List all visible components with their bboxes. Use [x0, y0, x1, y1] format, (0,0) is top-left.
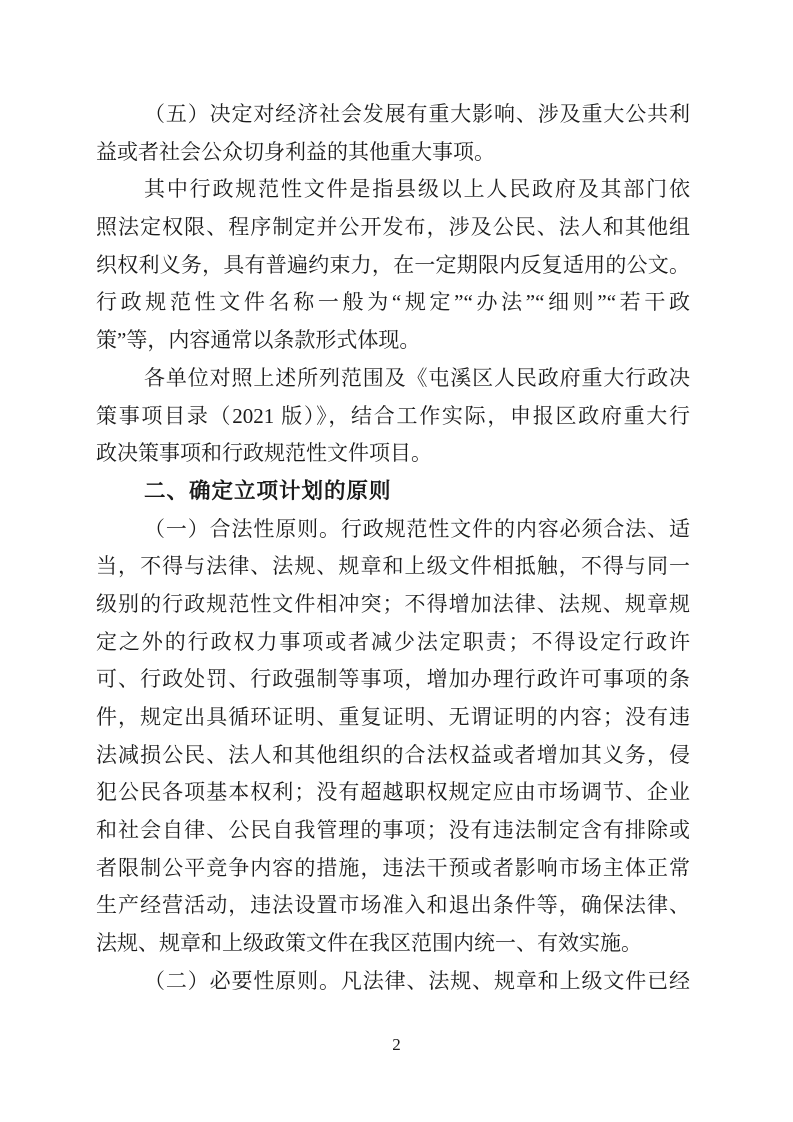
text-line: 法减损公民、法人和其他组织的合法权益或者增加其义务，侵 — [96, 737, 690, 775]
text-line: 其中行政规范性文件是指县级以上人民政府及其部门依 — [96, 171, 690, 209]
text-line: 织权利义务，具有普遍约束力，在一定期限内反复适用的公文。 — [96, 247, 690, 285]
text-line: （一）合法性原则。行政规范性文件的内容必须合法、适 — [96, 511, 690, 549]
page-number: 2 — [0, 1035, 793, 1055]
text-line: 生产经营活动，违法设置市场准入和退出条件等，确保法律、 — [96, 887, 690, 925]
text-line: 各单位对照上述所列范围及《屯溪区人民政府重大行政决 — [96, 360, 690, 398]
text-line: 犯公民各项基本权利；没有超越职权规定应由市场调节、企业 — [96, 774, 690, 812]
text-line: 者限制公平竞争内容的措施，违法干预或者影响市场主体正常 — [96, 850, 690, 888]
text-line: 和社会自律、公民自我管理的事项；没有违法制定含有排除或 — [96, 812, 690, 850]
text-line: 照法定权限、程序制定并公开发布，涉及公民、法人和其他组 — [96, 209, 690, 247]
text-line: 法规、规章和上级政策文件在我区范围内统一、有效实施。 — [96, 925, 690, 963]
text-line: 行政规范性文件名称一般为“规定”“办法”“细则”“若干政 — [96, 284, 690, 322]
text-line: 政决策事项和行政规范性文件项目。 — [96, 435, 690, 473]
text-line: 策事项目录（2021 版）》，结合工作实际，申报区政府重大行 — [96, 398, 690, 436]
text-line: 益或者社会公众切身利益的其他重大事项。 — [96, 134, 690, 172]
text-line: 定之外的行政权力事项或者减少法定职责；不得设定行政许 — [96, 624, 690, 662]
text-line: 级别的行政规范性文件相冲突；不得增加法律、法规、规章规 — [96, 586, 690, 624]
section-heading: 二、确定立项计划的原则 — [96, 473, 690, 511]
text-line: （二）必要性原则。凡法律、法规、规章和上级文件已经 — [96, 963, 690, 1001]
text-line: 当，不得与法律、法规、规章和上级文件相抵触，不得与同一 — [96, 548, 690, 586]
text-line: 策”等，内容通常以条款形式体现。 — [96, 322, 690, 360]
document-page: （五）决定对经济社会发展有重大影响、涉及重大公共利益或者社会公众切身利益的其他重… — [0, 0, 793, 1122]
text-line: 件，规定出具循环证明、重复证明、无谓证明的内容；没有违 — [96, 699, 690, 737]
text-line: （五）决定对经济社会发展有重大影响、涉及重大公共利 — [96, 96, 690, 134]
text-line: 可、行政处罚、行政强制等事项，增加办理行政许可事项的条 — [96, 661, 690, 699]
document-body: （五）决定对经济社会发展有重大影响、涉及重大公共利益或者社会公众切身利益的其他重… — [96, 96, 690, 1001]
